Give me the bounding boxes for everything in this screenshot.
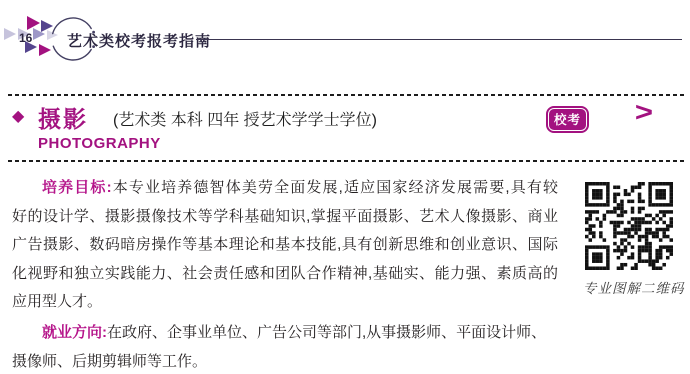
qr-caption: 专业图解二维码 [583,277,675,297]
triangle-icon [4,28,16,40]
employment-paragraph: 就业方向:在政府、企事业单位、广告公司等部门,从事摄影师、平面设计师、 摄像师、… [12,319,558,374]
paragraph-line: 好的设计学、摄影摄像技术等学科基础知识,掌握平面摄影、艺术人像摄影、商业 [12,203,558,232]
paragraph-line: 广告摄影、数码暗房操作等基本理论和基本技能,具有创新思维和创业意识、国际 [12,231,558,260]
employment-label: 就业方向: [42,324,107,341]
body-content: 培养目标:本专业培养德智体美劳全面发展,适应国家经济发展需要,具有较 好的设计学… [12,174,558,374]
major-details: (艺术类 本科 四年 授艺术学学士学位) [113,107,377,130]
qr-block: 专业图解二维码 [583,182,675,297]
document-page: 16 艺术类校考报考指南 ◆ 摄影 (艺术类 本科 四年 授艺术学学士学位) 校… [0,0,690,374]
exam-type-badge: 校考 [546,106,589,133]
header-rule [196,39,682,40]
exam-type-badge-label: 校考 [549,109,586,130]
page-number: 16 [19,31,32,45]
paragraph-line: 应用型人才。 [12,288,558,317]
qr-code [585,182,673,270]
dashed-divider-top [8,94,684,96]
training-goal-label: 培养目标: [42,179,112,196]
paragraph-line: 摄像师、后期剪辑师等工作。 [12,348,558,374]
major-name: 摄影 [38,101,88,134]
paragraph-text: 本专业培养德智体美劳全面发展,适应国家经济发展需要,具有较 [112,179,558,196]
chevron-right-icon: > [635,97,653,128]
guide-title: 艺术类校考报考指南 [67,30,211,51]
paragraph-line: 培养目标:本专业培养德智体美劳全面发展,适应国家经济发展需要,具有较 [12,174,558,203]
dashed-divider-bottom [8,160,684,162]
training-goal-paragraph: 培养目标:本专业培养德智体美劳全面发展,适应国家经济发展需要,具有较 好的设计学… [12,174,558,317]
triangle-icon [33,28,45,40]
paragraph-line: 化视野和独立实践能力、社会责任感和团队合作精神,基础实、能力强、素质高的 [12,260,558,289]
major-name-english: PHOTOGRAPHY [38,135,161,152]
diamond-bullet-icon: ◆ [12,106,24,126]
paragraph-line: 就业方向:在政府、企事业单位、广告公司等部门,从事摄影师、平面设计师、 [12,319,558,348]
paragraph-text: 在政府、企事业单位、广告公司等部门,从事摄影师、平面设计师、 [107,324,546,341]
